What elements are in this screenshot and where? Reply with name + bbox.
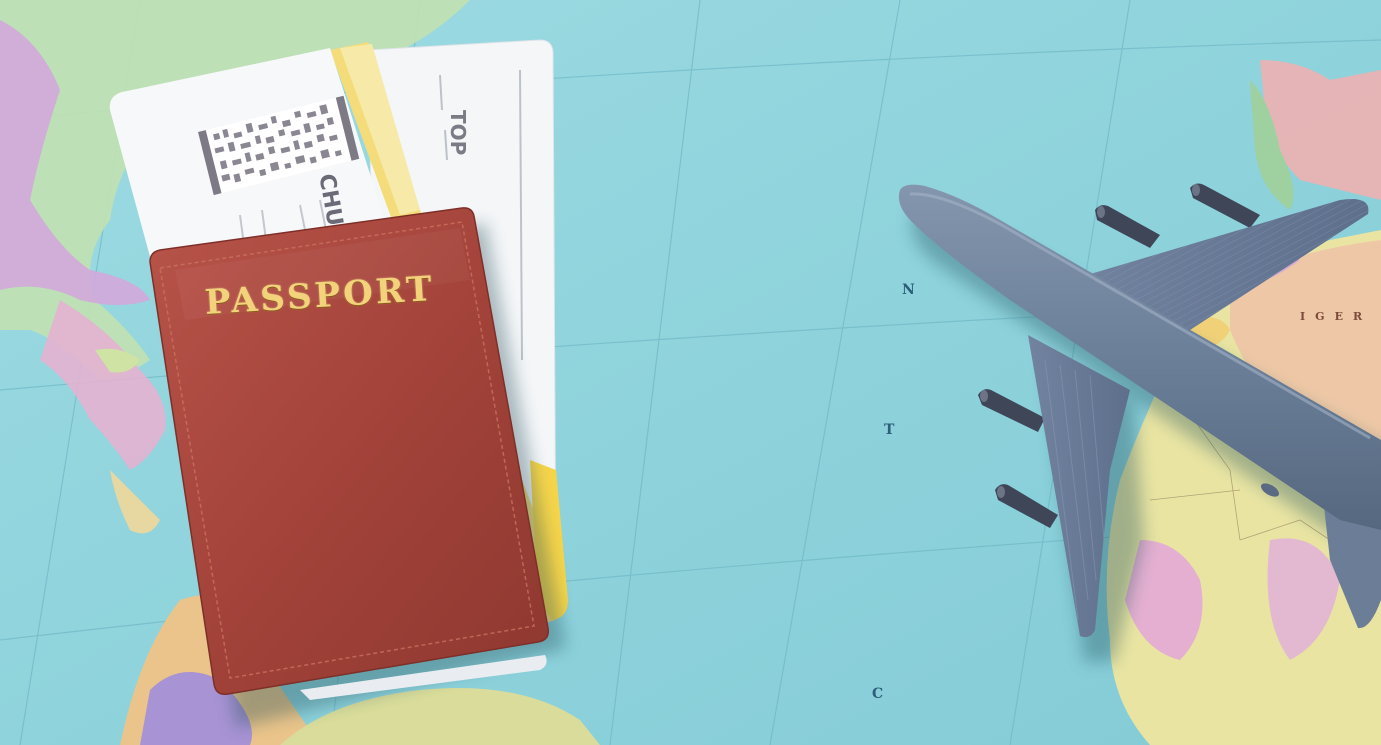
region-letter: I	[1300, 310, 1315, 323]
map-letter-c: C	[872, 686, 883, 702]
region-letter: G	[1315, 310, 1334, 323]
region-letter: E	[1335, 310, 1353, 323]
boarding-pass-back-text: TOP	[446, 110, 470, 155]
map-region-label: IGER	[1300, 310, 1372, 323]
region-letter: R	[1353, 310, 1372, 323]
world-map-background	[0, 0, 1381, 745]
map-letter-t: T	[884, 422, 894, 438]
map-letter-n: N	[902, 282, 915, 298]
photo-scene: CHU TOP PASSPORT N T C IGER	[0, 0, 1381, 745]
